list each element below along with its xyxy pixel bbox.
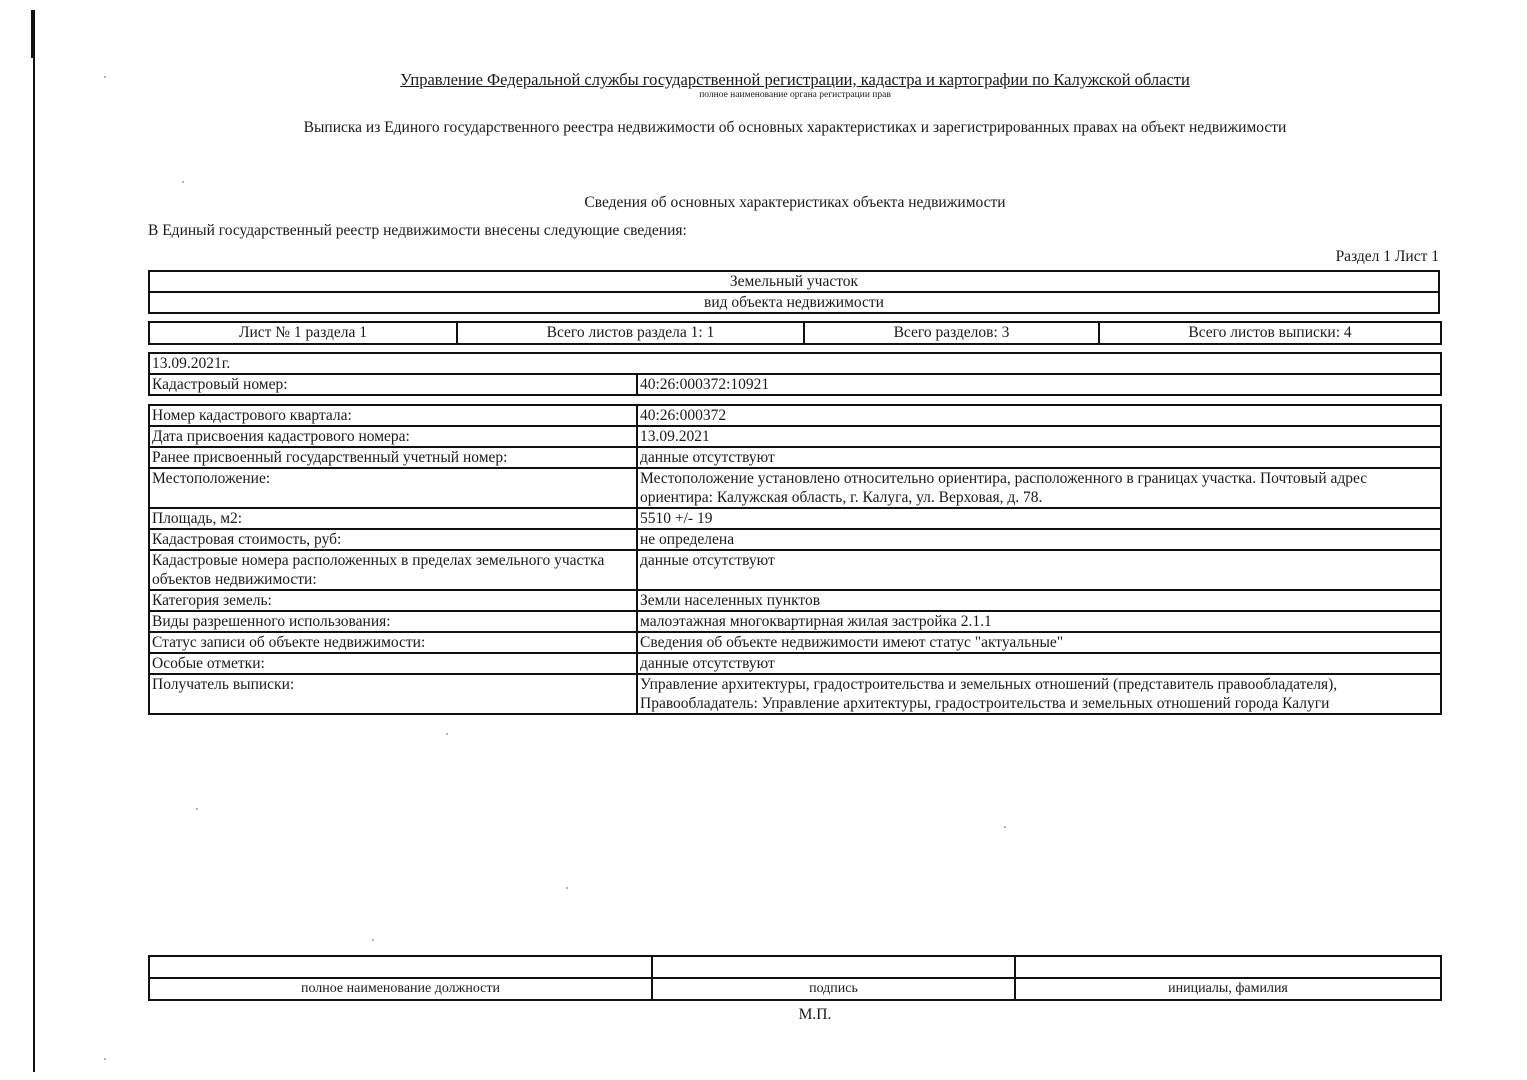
scan-speck (372, 939, 374, 941)
row-value: 13.09.2021 (637, 426, 1441, 447)
row-value: Местоположение установлено относительно … (637, 468, 1441, 508)
binding-margin-mark (31, 10, 35, 58)
authority-caption: полное наименование органа регистрации п… (0, 90, 1527, 100)
row-value: данные отсутствуют (637, 653, 1441, 674)
table-row: Категория земель:Земли населенных пункто… (149, 590, 1441, 611)
row-label: Виды разрешенного использования: (149, 611, 637, 632)
scan-speck (1004, 826, 1006, 828)
sections-total: Всего разделов: 3 (804, 322, 1099, 344)
row-label: Статус записи об объекте недвижимости: (149, 632, 637, 653)
row-label: Номер кадастрового квартала: (149, 405, 637, 426)
document-title: Выписка из Единого государственного реес… (0, 119, 1527, 137)
extract-sheets-total: Всего листов выписки: 4 (1099, 322, 1441, 344)
row-label: Кадастровая стоимость, руб: (149, 529, 637, 550)
table-row: Статус записи об объекте недвижимости:Св… (149, 632, 1441, 653)
scan-speck (446, 733, 448, 735)
stamp-place: М.П. (0, 1006, 1527, 1024)
row-value: Сведения об объекте недвижимости имеют с… (637, 632, 1441, 653)
record-table: 13.09.2021г. Кадастровый номер: 40:26:00… (148, 352, 1442, 396)
intro-text: В Единый государственный реестр недвижим… (148, 222, 687, 240)
signature-caption: подпись (652, 978, 1015, 1000)
row-value: Управление архитектуры, градостроительст… (637, 674, 1441, 714)
signature-field (652, 956, 1015, 978)
row-value: малоэтажная многоквартирная жилая застро… (637, 611, 1441, 632)
table-row: Местоположение:Местоположение установлен… (149, 468, 1441, 508)
table-row: Кадастровая стоимость, руб:не определена (149, 529, 1441, 550)
row-label: Получатель выписки: (149, 674, 637, 714)
signature-table: полное наименование должности подпись ин… (148, 955, 1442, 1001)
binding-margin-line (33, 10, 35, 1072)
section-reference: Раздел 1 Лист 1 (1336, 248, 1439, 266)
cadastral-number-value: 40:26:000372:10921 (637, 374, 1441, 395)
row-label: Категория земель: (149, 590, 637, 611)
row-value: данные отсутствуют (637, 550, 1441, 590)
scan-speck (104, 1058, 106, 1060)
object-type-table: Земельный участок вид объекта недвижимос… (148, 270, 1440, 314)
row-value: не определена (637, 529, 1441, 550)
table-row: Дата присвоения кадастрового номера:13.0… (149, 426, 1441, 447)
row-label: Кадастровые номера расположенных в преде… (149, 550, 637, 590)
row-value: данные отсутствуют (637, 447, 1441, 468)
sheets-table: Лист № 1 раздела 1 Всего листов раздела … (148, 321, 1442, 345)
table-row: Кадастровые номера расположенных в преде… (149, 550, 1441, 590)
table-row: Виды разрешенного использования:малоэтаж… (149, 611, 1441, 632)
row-label: Дата присвоения кадастрового номера: (149, 426, 637, 447)
table-row: Площадь, м2:5510 +/- 19 (149, 508, 1441, 529)
scan-speck (104, 76, 106, 78)
table-row: Получатель выписки:Управление архитектур… (149, 674, 1441, 714)
row-value: 40:26:000372 (637, 405, 1441, 426)
scan-speck (196, 808, 198, 810)
sheet-number: Лист № 1 раздела 1 (149, 322, 457, 344)
characteristics-table: Номер кадастрового квартала:40:26:000372… (148, 404, 1442, 715)
row-label: Особые отметки: (149, 653, 637, 674)
row-label: Площадь, м2: (149, 508, 637, 529)
object-type-caption: вид объекта недвижимости (149, 292, 1439, 313)
section-heading: Сведения об основных характеристиках объ… (0, 194, 1527, 212)
name-caption: инициалы, фамилия (1015, 978, 1441, 1000)
name-field (1015, 956, 1441, 978)
position-field (149, 956, 652, 978)
cadastral-number-label: Кадастровый номер: (149, 374, 637, 395)
record-date: 13.09.2021г. (149, 353, 1441, 374)
position-caption: полное наименование должности (149, 978, 652, 1000)
scan-speck (182, 181, 184, 183)
table-row: Особые отметки:данные отсутствуют (149, 653, 1441, 674)
row-label: Местоположение: (149, 468, 637, 508)
row-value: 5510 +/- 19 (637, 508, 1441, 529)
table-row: Номер кадастрового квартала:40:26:000372 (149, 405, 1441, 426)
object-type: Земельный участок (149, 271, 1439, 292)
table-row: Ранее присвоенный государственный учетны… (149, 447, 1441, 468)
row-value: Земли населенных пунктов (637, 590, 1441, 611)
registration-authority: Управление Федеральной службы государств… (0, 70, 1527, 90)
row-label: Ранее присвоенный государственный учетны… (149, 447, 637, 468)
section-sheets-total: Всего листов раздела 1: 1 (457, 322, 804, 344)
scan-speck (566, 887, 568, 889)
